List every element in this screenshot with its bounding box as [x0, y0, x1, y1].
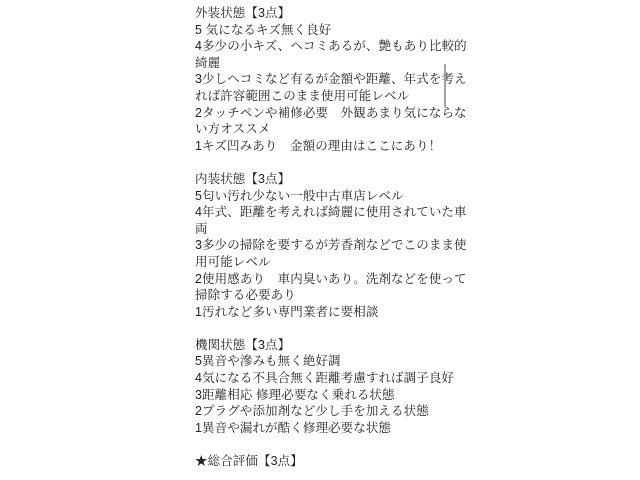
text-line: 1異音や漏れが酷く修理必要な状態 [195, 420, 455, 437]
text-line: れば許容範囲このまま使用可能レベル [195, 88, 455, 105]
section-exterior-condition: 外装状態【3点】 5 気になるキズ無く良好 4多少の小キズ、ヘコミあるが、艶もあ… [195, 5, 455, 154]
text-line: 5匂い汚れ少ない一般中古車店レベル [195, 188, 455, 205]
text-line: 4多少の小キズ、ヘコミあるが、艶もあり比較的 [195, 38, 455, 55]
interior-condition-heading: 内装状態【3点】 [195, 171, 455, 188]
text-line: 用可能レベル [195, 254, 455, 271]
text-line: 4年式、距離を考えれば綺麗に使用されていた車 [195, 204, 455, 221]
text-line: 2プラグや添加剤など少し手を加える状態 [195, 403, 455, 420]
text-line: 3距離相応 修理必要なく乗れる状態 [195, 387, 455, 404]
overall-rating-heading: ★総合評価【3点】 [195, 453, 455, 470]
text-line: 1汚れなど多い専門業者に要相談 [195, 304, 455, 321]
text-line: 掃除する必要あり [195, 287, 455, 304]
section-interior-condition: 内装状態【3点】 5匂い汚れ少ない一般中古車店レベル 4年式、距離を考えれば綺麗… [195, 171, 455, 320]
text-line: 3多少の掃除を要するが芳香剤などでこのまま使 [195, 237, 455, 254]
engine-condition-heading: 機関状態【3点】 [195, 337, 455, 354]
text-line: 5 気になるキズ無く良好 [195, 22, 455, 39]
condition-note: 外装状態【3点】 5 気になるキズ無く良好 4多少の小キズ、ヘコミあるが、艶もあ… [195, 5, 455, 470]
text-line: 5異音や滲みも無く絶好調 [195, 353, 455, 370]
section-overall-rating: ★総合評価【3点】 [195, 453, 455, 470]
text-line: 1キズ凹みあり 金額の理由はここにあり！ [195, 138, 455, 155]
section-engine-condition: 機関状態【3点】 5異音や滲みも無く絶好調 4気になる不具合無く距離考慮すれば調… [195, 337, 455, 437]
text-line: 両 [195, 221, 455, 238]
text-line: 3少しヘコミなど有るが金額や距離、年式を考え [195, 71, 455, 88]
text-line: 綺麗 [195, 55, 455, 72]
text-line: い方オススメ [195, 121, 455, 138]
text-line: 2タッチペンや補修必要 外観あまり気にならな [195, 105, 455, 122]
scrollbar-thumb[interactable] [444, 64, 446, 108]
text-line: 2使用感あり 車内臭いあり。洗剤などを使って [195, 271, 455, 288]
exterior-condition-heading: 外装状態【3点】 [195, 5, 455, 22]
text-line: 4気になる不具合無く距離考慮すれば調子良好 [195, 370, 455, 387]
